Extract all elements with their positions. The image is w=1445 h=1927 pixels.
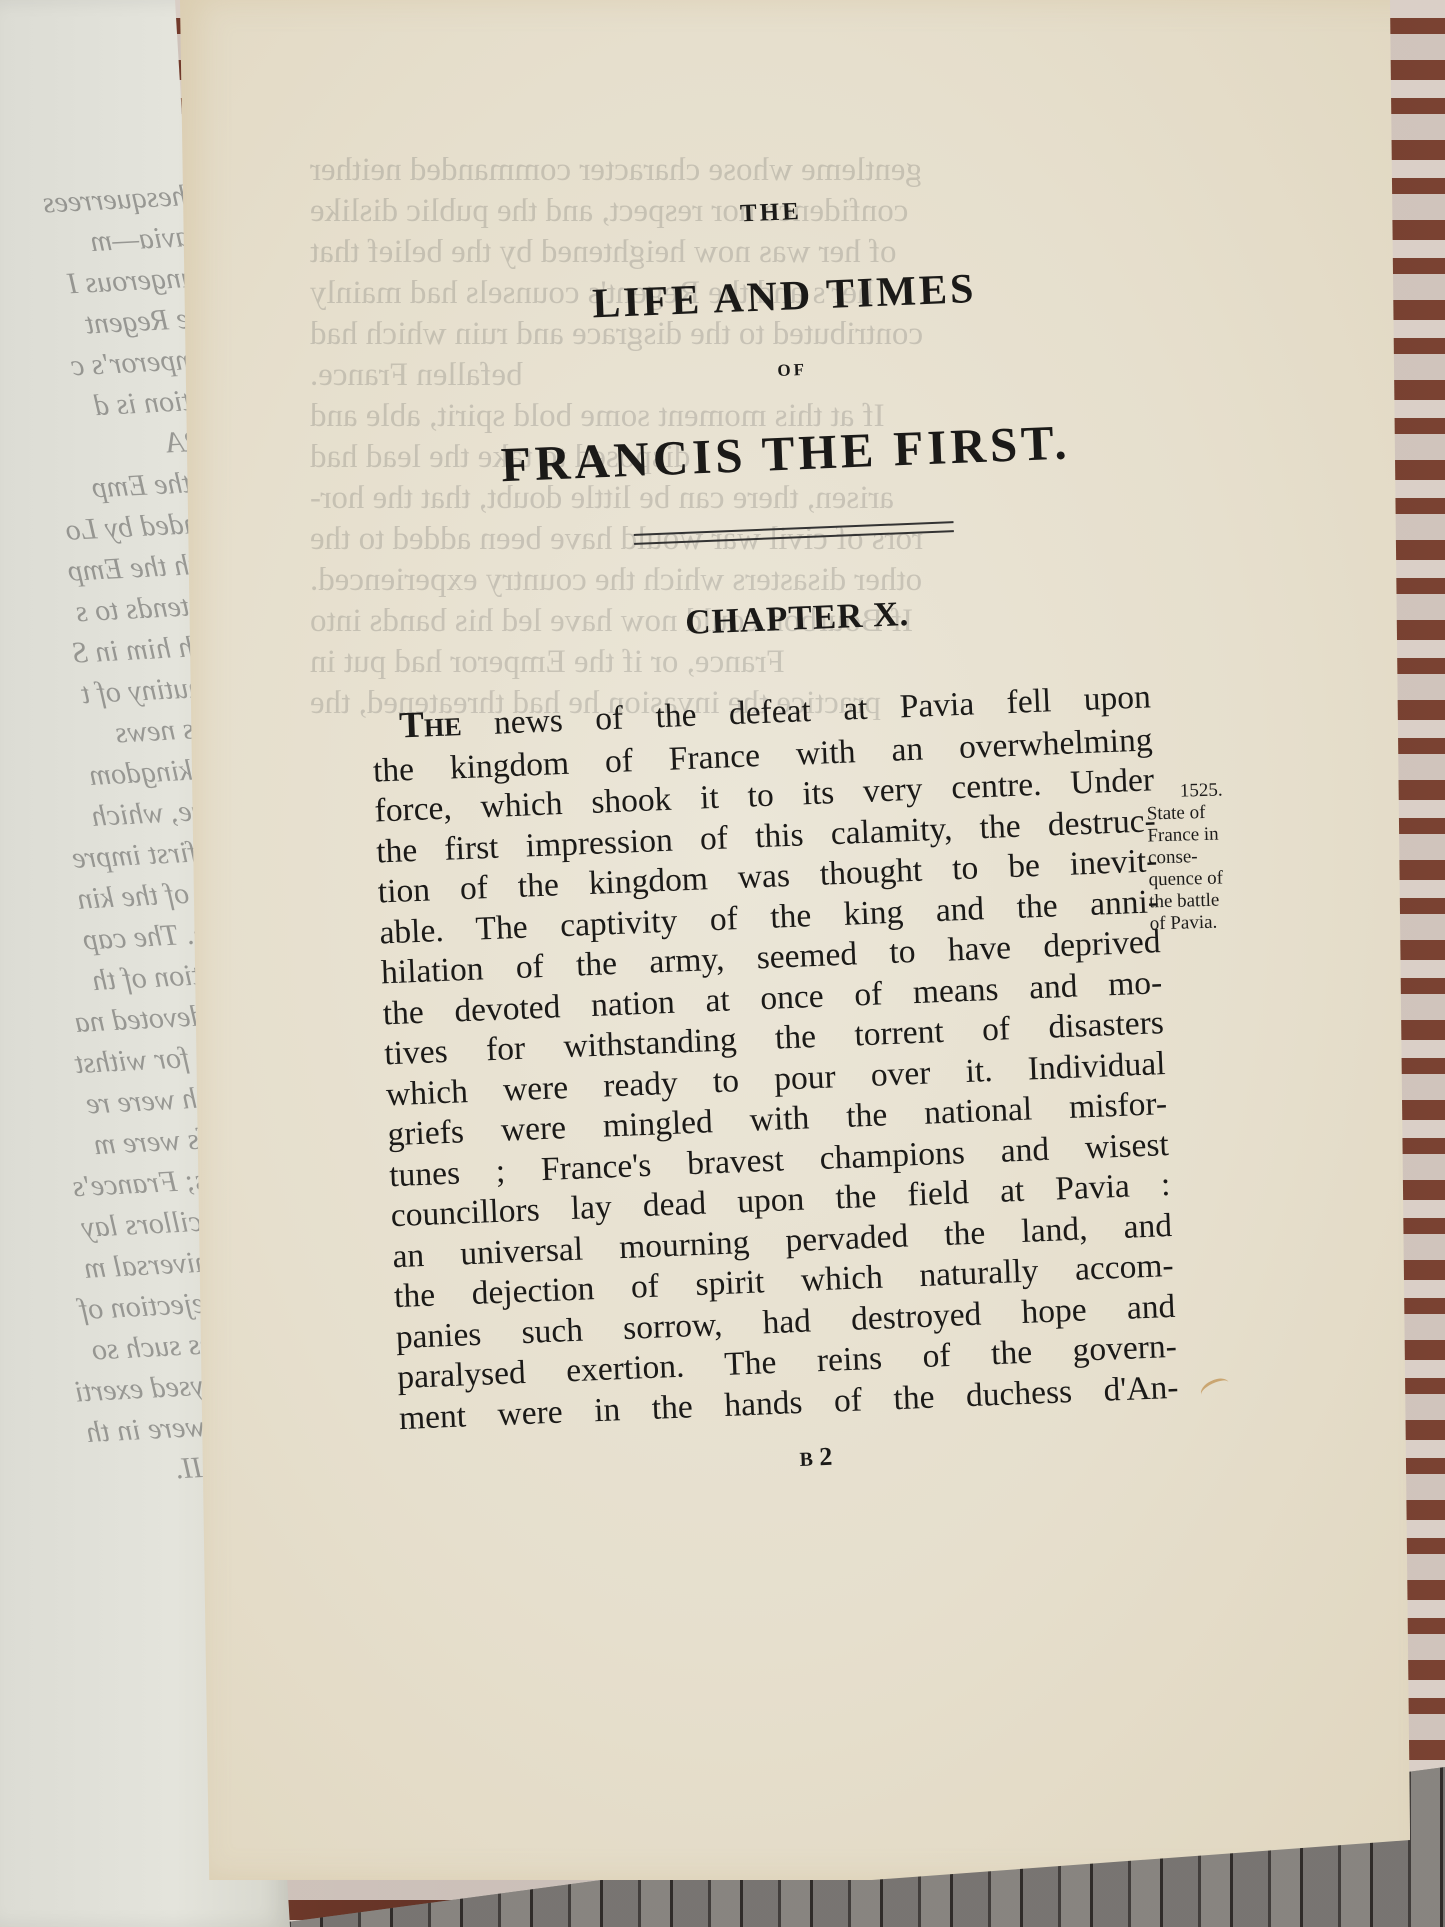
chapter-body-text: THE news of the defeat at Pavia fell upo… [370, 676, 1179, 1439]
title-line-of: OF [407, 345, 1177, 396]
title-line-francis-the-first: FRANCIS THE FIRST. [390, 409, 1182, 498]
double-rule-divider [634, 521, 954, 545]
margin-sidenote: 1525. State of France in conse- quence o… [1146, 779, 1260, 936]
title-line-life-and-times: LIFE AND TIMES [394, 257, 1175, 336]
small-caps-rest: HE [423, 712, 462, 742]
small-caps-initial: T [398, 705, 424, 747]
page-content: THE LIFE AND TIMES OF FRANCIS THE FIRST.… [330, 173, 1221, 1490]
sidenote-year: 1525. [1146, 779, 1257, 804]
chapter-heading: CHAPTER X. [407, 583, 1188, 654]
